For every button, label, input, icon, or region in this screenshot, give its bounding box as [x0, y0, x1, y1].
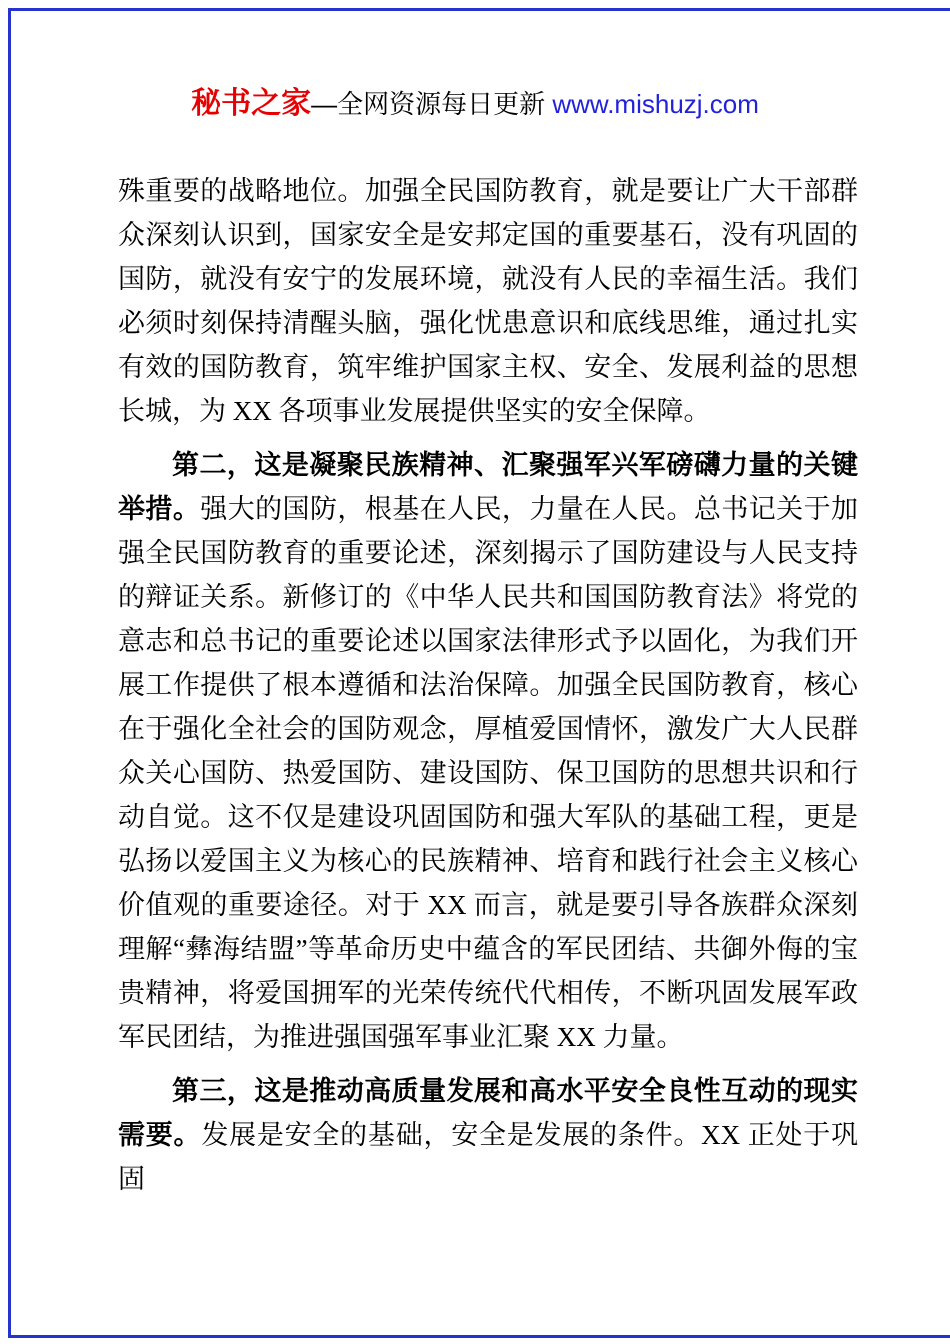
- site-url[interactable]: www.mishuzj.com: [552, 89, 759, 119]
- page-header: 秘书之家—全网资源每日更新 www.mishuzj.com: [0, 84, 950, 129]
- document-body: 殊重要的战略地位。加强全民国防教育，就是要让广大干部群众深刻认识到，国家安全是安…: [118, 169, 858, 1201]
- tagline-text: —全网资源每日更新: [311, 89, 552, 119]
- paragraph-third: 第三，这是推动高质量发展和高水平安全良性互动的现实需要。发展是安全的基础，安全是…: [118, 1069, 858, 1201]
- paragraph-continuation: 殊重要的战略地位。加强全民国防教育，就是要让广大干部群众深刻认识到，国家安全是安…: [118, 169, 858, 433]
- paragraph-text: 发展是安全的基础，安全是发展的条件。XX 正处于巩固: [118, 1120, 858, 1194]
- paragraph-text: 殊重要的战略地位。加强全民国防教育，就是要让广大干部群众深刻认识到，国家安全是安…: [118, 176, 858, 426]
- document-page: 秘书之家—全网资源每日更新 www.mishuzj.com 殊重要的战略地位。加…: [0, 0, 950, 1344]
- paragraph-second: 第二，这是凝聚民族精神、汇聚强军兴军磅礴力量的关键举措。强大的国防，根基在人民，…: [118, 443, 858, 1059]
- brand-text: 秘书之家: [191, 87, 311, 120]
- paragraph-text: 强大的国防，根基在人民，力量在人民。总书记关于加强全民国防教育的重要论述，深刻揭…: [118, 494, 858, 1052]
